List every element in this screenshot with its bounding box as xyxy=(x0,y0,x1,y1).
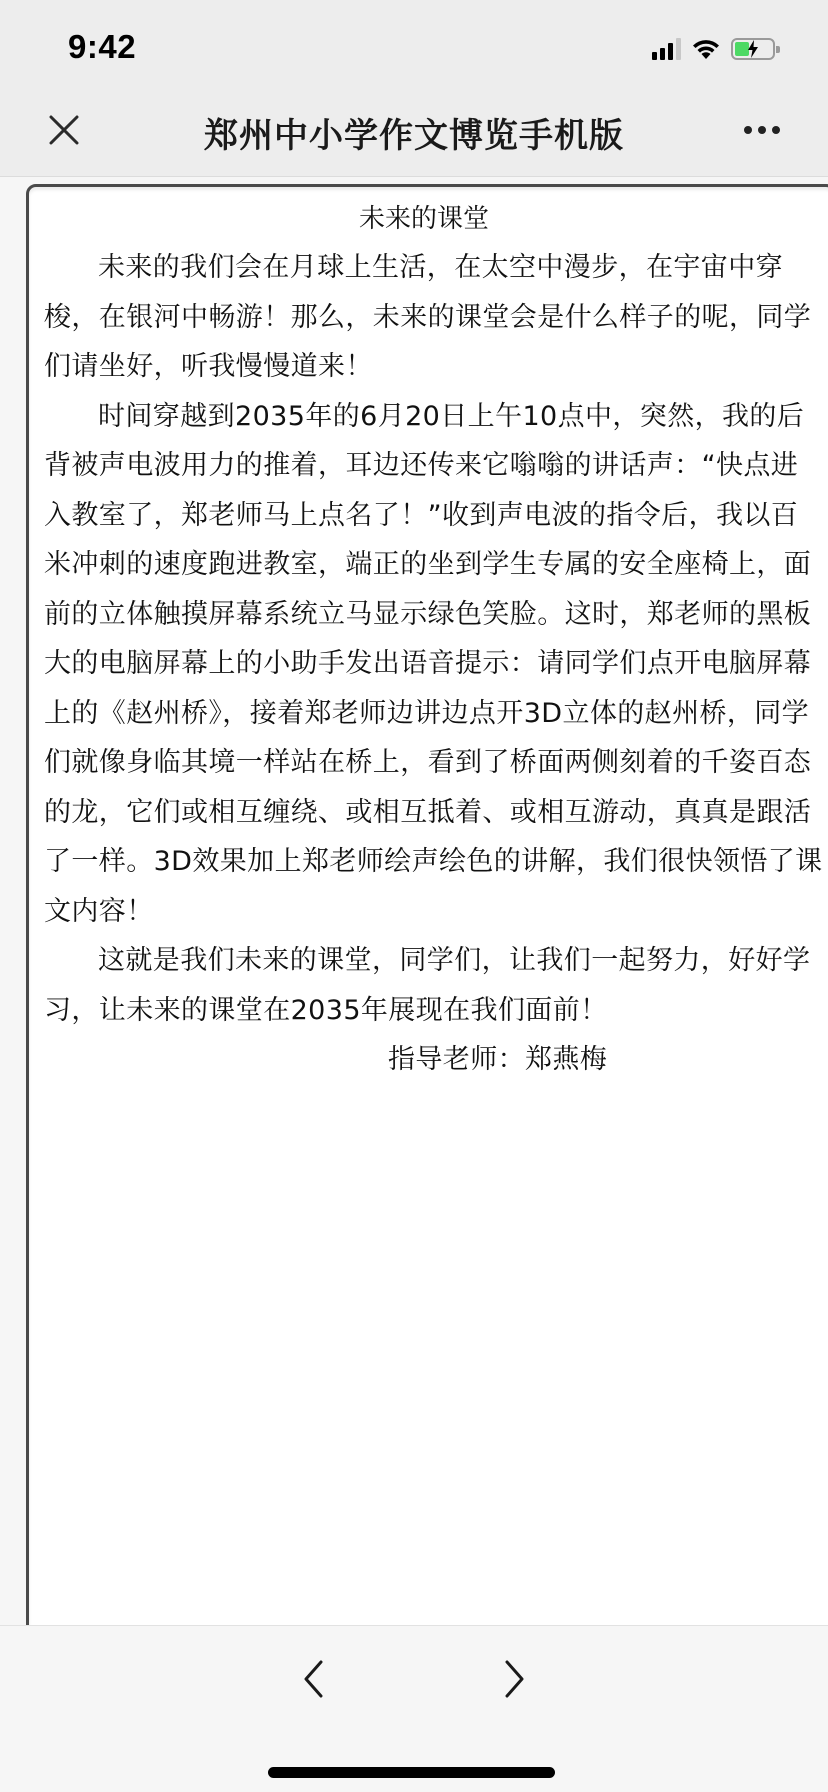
status-time: 9:42 xyxy=(68,28,136,66)
back-button[interactable] xyxy=(288,1654,338,1704)
top-bar: 9:42 郑州中小学作文博览手机版 xyxy=(0,0,828,177)
more-button[interactable] xyxy=(744,122,784,138)
status-icons xyxy=(652,36,775,62)
home-indicator[interactable] xyxy=(268,1767,555,1778)
article-paragraph: 未来的我们会在月球上生活，在太空中漫步，在宇宙中穿梭，在银河中畅游！那么，未来的… xyxy=(44,243,824,392)
signal-icon xyxy=(652,38,681,60)
bottom-toolbar xyxy=(0,1625,828,1792)
article-signature: 指导老师：郑燕梅 xyxy=(44,1035,824,1085)
article-paragraph: 这就是我们未来的课堂，同学们，让我们一起努力，好好学习，让未来的课堂在2035年… xyxy=(44,936,824,1035)
forward-button[interactable] xyxy=(490,1654,540,1704)
article-card: 未来的课堂 未来的我们会在月球上生活，在太空中漫步，在宇宙中穿梭，在银河中畅游！… xyxy=(26,184,828,1644)
chevron-right-icon xyxy=(504,1660,526,1698)
article-body: 未来的我们会在月球上生活，在太空中漫步，在宇宙中穿梭，在银河中畅游！那么，未来的… xyxy=(44,243,824,1085)
page-title: 郑州中小学作文博览手机版 xyxy=(0,108,828,157)
battery-charging-icon xyxy=(731,38,775,60)
article-paragraph: 时间穿越到2035年的6月20日上午10点中，突然，我的后背被声电波用力的推着，… xyxy=(44,392,824,937)
wifi-icon xyxy=(691,38,721,60)
chevron-left-icon xyxy=(302,1660,324,1698)
more-horizontal-icon xyxy=(744,126,752,134)
article-title: 未来的课堂 xyxy=(29,199,819,239)
screen: 9:42 郑州中小学作文博览手机版 xyxy=(0,0,828,1792)
